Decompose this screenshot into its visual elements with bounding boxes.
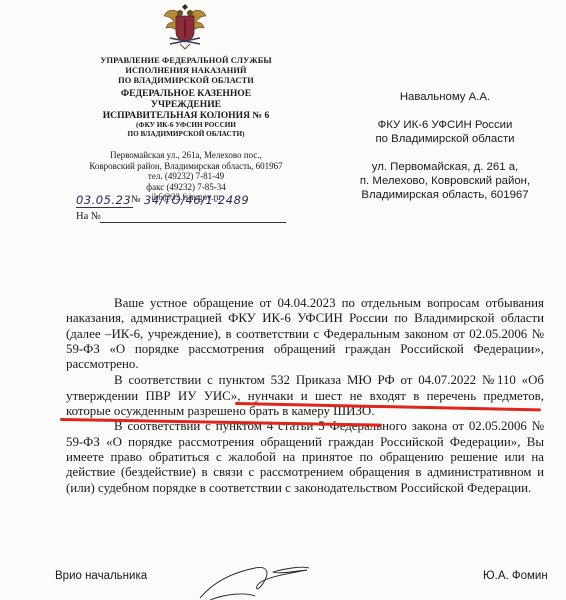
org-line: ПО ВЛАДИМИРСКОЙ ОБЛАСТИ): [66, 130, 306, 139]
eagle-emblem-icon: [162, 2, 208, 54]
org-line: ИСПОЛНЕНИЯ НАКАЗАНИЙ: [66, 66, 306, 76]
org-line: ФЕДЕРАЛЬНОЕ КАЗЕННОЕ: [66, 88, 306, 99]
registration-date: 03.05.23: [76, 193, 133, 208]
reply-to-label: На №: [76, 211, 101, 222]
letter-page: УПРАВЛЕНИЕ ФЕДЕРАЛЬНОЙ СЛУЖБЫ ИСПОЛНЕНИЯ…: [0, 0, 566, 600]
addressee-institution: по Владимирской области: [330, 132, 560, 146]
org-line: ИСПРАВИТЕЛЬНАЯ КОЛОНИЯ № 6: [66, 110, 306, 121]
org-line: УПРАВЛЕНИЕ ФЕДЕРАЛЬНОЙ СЛУЖБЫ: [66, 56, 306, 66]
contact-address-line: Ковровский район, Владимирская область, …: [66, 161, 306, 172]
handwritten-signature-icon: [195, 550, 345, 600]
contact-phone: тел. (49232) 7-81-49: [66, 171, 306, 182]
reply-to-blank: [100, 222, 286, 223]
addressee-name: Навальному А.А.: [330, 90, 560, 104]
addressee-address: ул. Первомайская, д. 261 а,: [330, 160, 560, 174]
contact-address-line: Первомайская ул., 261а, Мелехово пос.,: [66, 150, 306, 161]
addressee-institution: ФКУ ИК-6 УФСИН России: [330, 118, 560, 132]
signatory-name: Ю.А. Фомин: [483, 570, 548, 582]
addressee-block: Навальному А.А. ФКУ ИК-6 УФСИН России по…: [330, 90, 560, 202]
reply-to-line: На №: [76, 211, 296, 222]
registration-number-label: №: [131, 194, 141, 205]
org-line: (ФКУ ИК-6 УФСИН РОССИИ: [66, 121, 306, 130]
body-paragraph: В соответствии с пунктом 4 статьи 5 Феде…: [66, 419, 544, 495]
addressee-address: п. Мелехово, Ковровский район,: [330, 174, 560, 188]
addressee-address: Владимирская область, 601967: [330, 188, 560, 202]
contact-fax: факс (49232) 7-85-34: [66, 182, 306, 193]
org-line: УЧРЕЖДЕНИЕ: [66, 99, 306, 110]
org-line: ПО ВЛАДИМИРСКОЙ ОБЛАСТИ: [66, 76, 306, 86]
letter-body: Ваше устное обращение от 04.04.2023 по о…: [66, 296, 544, 496]
registration-number: 34/ТО/46/1-2489: [144, 193, 249, 207]
issuer-organization: УПРАВЛЕНИЕ ФЕДЕРАЛЬНОЙ СЛУЖБЫ ИСПОЛНЕНИЯ…: [66, 56, 306, 139]
body-paragraph: Ваше устное обращение от 04.04.2023 по о…: [66, 296, 544, 372]
signatory-title: Врио начальника: [55, 570, 147, 582]
body-paragraph: В соответствии с пунктом 532 Приказа МЮ …: [66, 373, 544, 419]
registration-line: 03.05.23 № 34/ТО/46/1-2489: [76, 194, 286, 208]
